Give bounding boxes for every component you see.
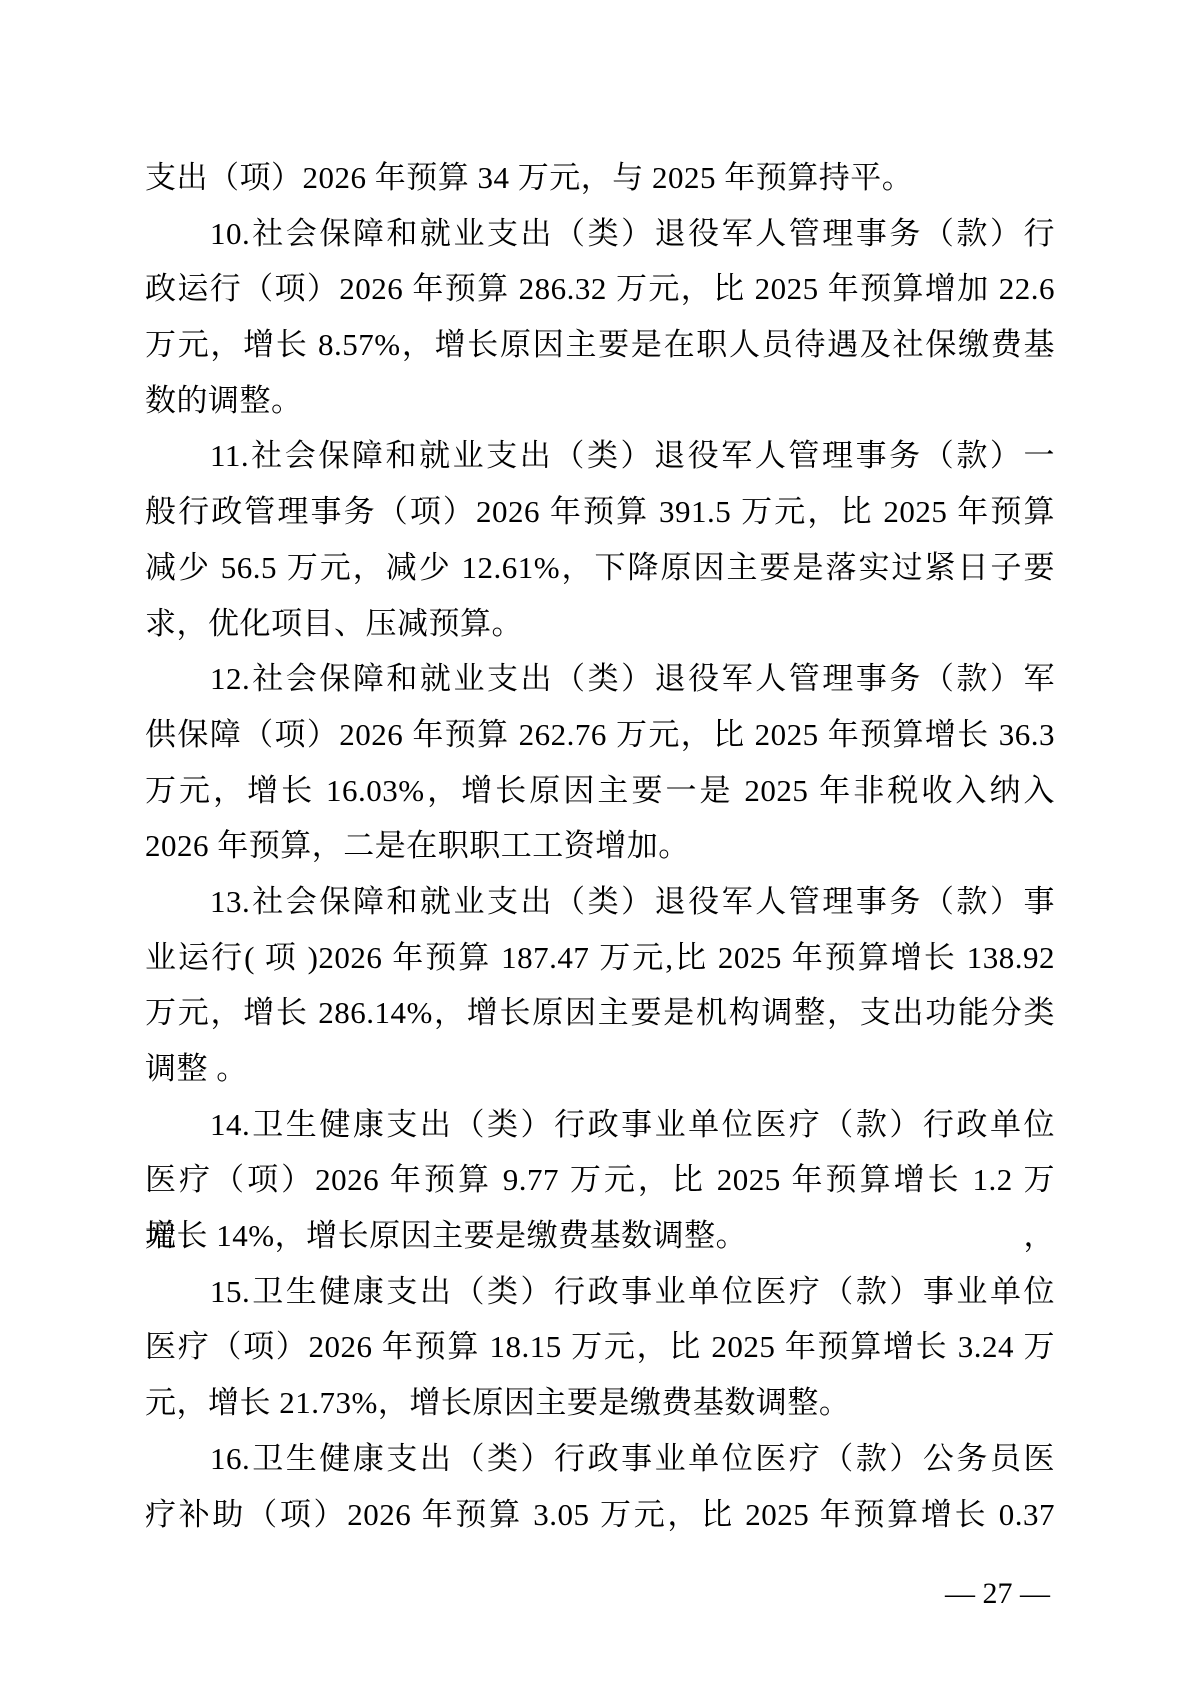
- text-line: 般行政管理事务（项）2026 年预算 391.5 万元，比 2025 年预算: [145, 484, 1055, 540]
- text-line: 14.卫生健康支出（类）行政事业单位医疗（款）行政单位: [145, 1097, 1055, 1153]
- text-line: 数的调整。: [145, 373, 1055, 429]
- text-line: 万元，增长 16.03%，增长原因主要一是 2025 年非税收入纳入: [145, 763, 1055, 819]
- text-line: 元，增长 21.73%，增长原因主要是缴费基数调整。: [145, 1375, 1055, 1431]
- document-body: 支出（项）2026 年预算 34 万元，与 2025 年预算持平。10.社会保障…: [145, 150, 1055, 1542]
- text-line: 万元，增长 8.57%，增长原因主要是在职人员待遇及社保缴费基: [145, 317, 1055, 373]
- text-line: 12.社会保障和就业支出（类）退役军人管理事务（款）军: [145, 651, 1055, 707]
- page-number: — 27 —: [945, 1577, 1050, 1610]
- text-line: 求，优化项目、压减预算。: [145, 596, 1055, 652]
- document-page: 支出（项）2026 年预算 34 万元，与 2025 年预算持平。10.社会保障…: [0, 0, 1190, 1683]
- text-line: 业运行( 项 )2026 年预算 187.47 万元,比 2025 年预算增长 …: [145, 930, 1055, 986]
- text-line: 政运行（项）2026 年预算 286.32 万元，比 2025 年预算增加 22…: [145, 261, 1055, 317]
- text-line: 10.社会保障和就业支出（类）退役军人管理事务（款）行: [145, 206, 1055, 262]
- text-line: 13.社会保障和就业支出（类）退役军人管理事务（款）事: [145, 874, 1055, 930]
- text-line: 医疗（项）2026 年预算 9.77 万元，比 2025 年预算增长 1.2 万…: [145, 1152, 1055, 1208]
- text-line: 疗补助（项）2026 年预算 3.05 万元，比 2025 年预算增长 0.37: [145, 1487, 1055, 1543]
- text-line: 供保障（项）2026 年预算 262.76 万元，比 2025 年预算增长 36…: [145, 707, 1055, 763]
- text-line: 15.卫生健康支出（类）行政事业单位医疗（款）事业单位: [145, 1264, 1055, 1320]
- text-line: 减少 56.5 万元，减少 12.61%，下降原因主要是落实过紧日子要: [145, 540, 1055, 596]
- page-footer: — 27 —: [145, 1576, 1050, 1612]
- text-line: 支出（项）2026 年预算 34 万元，与 2025 年预算持平。: [145, 150, 1055, 206]
- text-line: 医疗（项）2026 年预算 18.15 万元，比 2025 年预算增长 3.24…: [145, 1319, 1055, 1375]
- text-line: 调整 。: [145, 1041, 1055, 1097]
- text-line: 16.卫生健康支出（类）行政事业单位医疗（款）公务员医: [145, 1431, 1055, 1487]
- text-line: 11.社会保障和就业支出（类）退役军人管理事务（款）一: [145, 428, 1055, 484]
- text-line: 万元，增长 286.14%，增长原因主要是机构调整，支出功能分类: [145, 985, 1055, 1041]
- text-line: 2026 年预算，二是在职职工工资增加。: [145, 818, 1055, 874]
